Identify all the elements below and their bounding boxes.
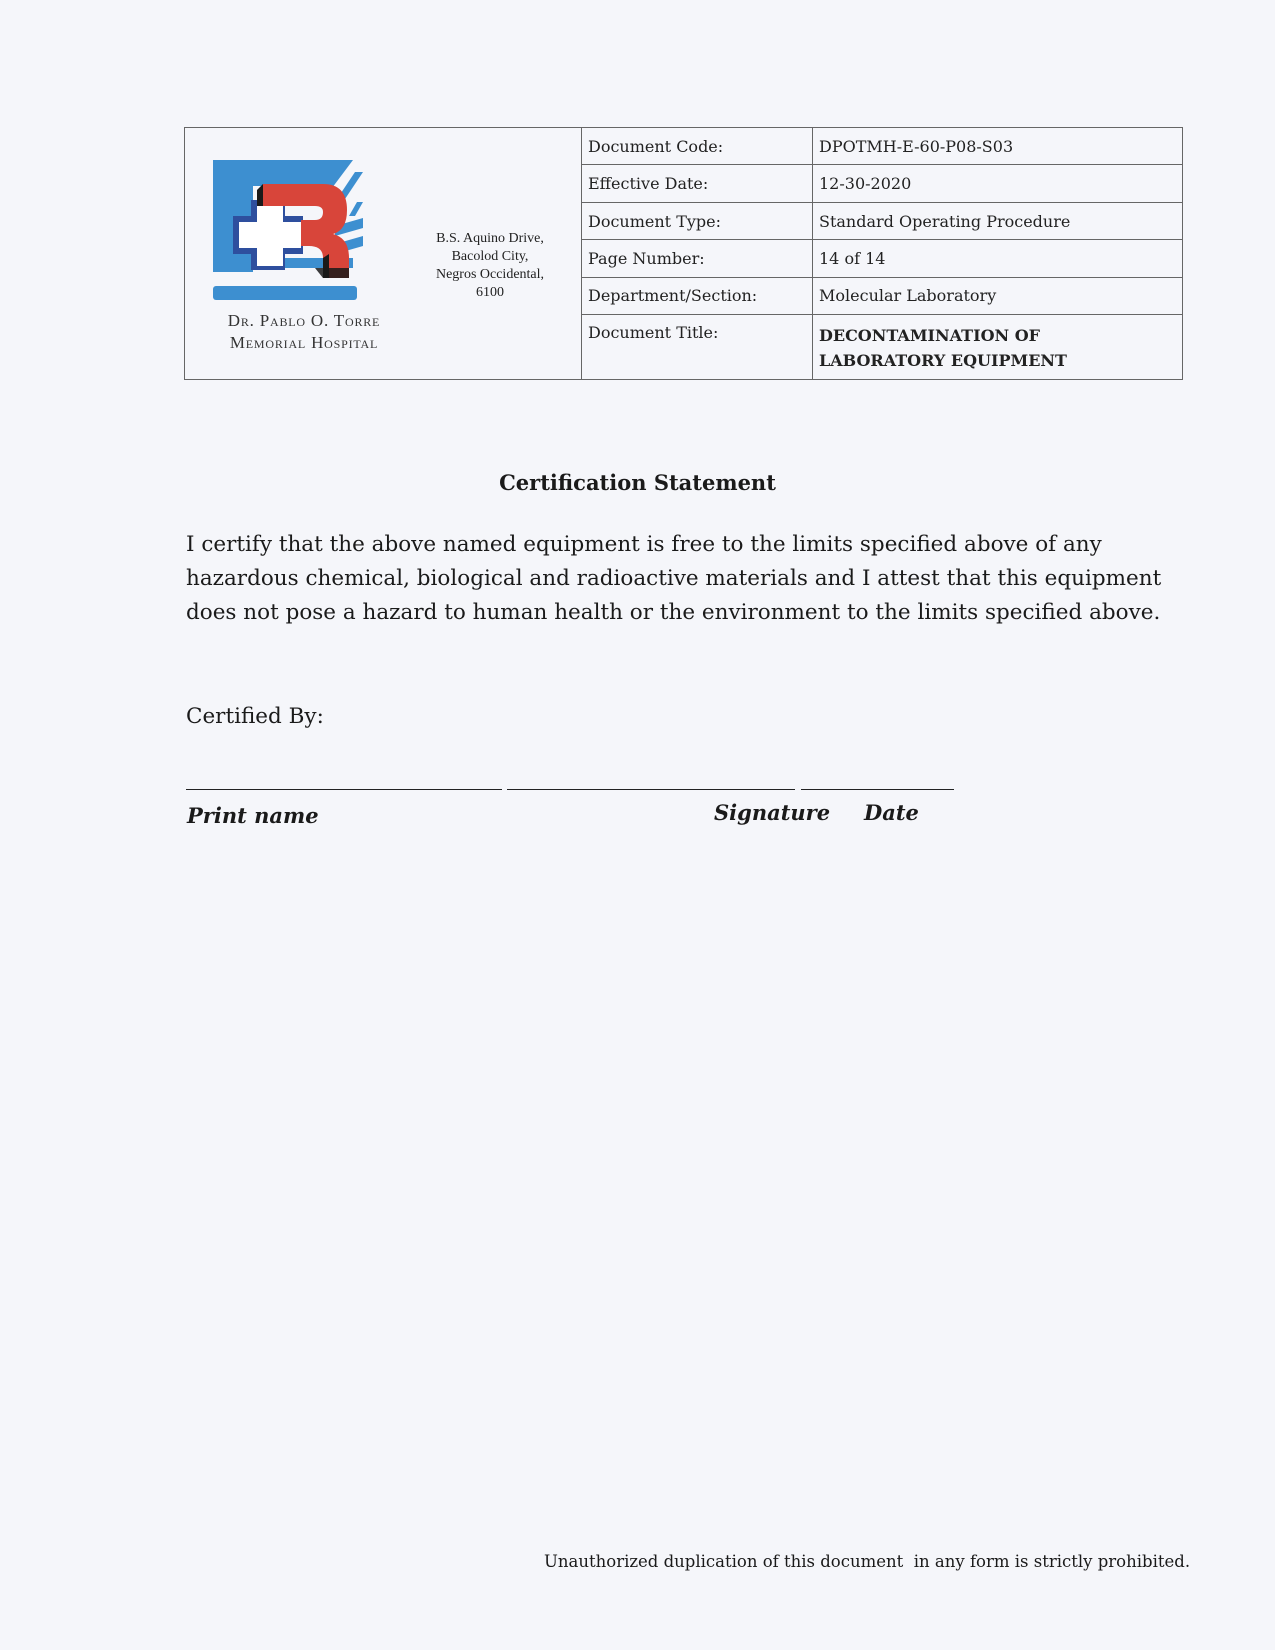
hospital-name: Dr. Pablo O. Torre Memorial Hospital — [199, 310, 409, 354]
page-number-label: Page Number: — [582, 240, 813, 277]
address-line: B.S. Aquino Drive, — [415, 230, 565, 248]
effective-date-value: 12-30-2020 — [813, 165, 1183, 202]
document-code-value: DPOTMH-E-60-P08-S03 — [813, 128, 1183, 165]
date-label: Date — [864, 800, 919, 825]
hospital-logo: Dr. Pablo O. Torre Memorial Hospital — [199, 158, 409, 354]
print-name-line[interactable] — [186, 789, 502, 790]
signature-label: Signature — [714, 800, 830, 825]
document-title-label: Document Title: — [582, 315, 813, 380]
address-line: Bacolod City, — [415, 248, 565, 266]
document-title-line1: DECONTAMINATION OF — [819, 323, 1182, 348]
certification-title: Certification Statement — [0, 470, 1275, 495]
logo-cell: Dr. Pablo O. Torre Memorial Hospital B.S… — [185, 128, 582, 380]
date-line[interactable] — [801, 789, 954, 790]
effective-date-label: Effective Date: — [582, 165, 813, 202]
certification-statement: I certify that the above named equipment… — [186, 528, 1176, 630]
document-type-value: Standard Operating Procedure — [813, 202, 1183, 239]
hospital-name-line2: Memorial Hospital — [199, 332, 409, 354]
document-title-value: DECONTAMINATION OF LABORATORY EQUIPMENT — [813, 315, 1183, 380]
hospital-name-line1: Dr. Pablo O. Torre — [199, 310, 409, 332]
document-type-label: Document Type: — [582, 202, 813, 239]
hospital-logo-icon — [205, 158, 365, 308]
document-header-table: Dr. Pablo O. Torre Memorial Hospital B.S… — [184, 127, 1183, 380]
page-number-value: 14 of 14 — [813, 240, 1183, 277]
statement-line: hazardous chemical, biological and radio… — [186, 562, 1176, 596]
document-title-line2: LABORATORY EQUIPMENT — [819, 348, 1182, 373]
department-label: Department/Section: — [582, 277, 813, 314]
statement-line: does not pose a hazard to human health o… — [186, 596, 1176, 630]
footer-notice: Unauthorized duplication of this documen… — [544, 1552, 1190, 1571]
department-value: Molecular Laboratory — [813, 277, 1183, 314]
signature-line[interactable] — [507, 789, 795, 790]
document-code-label: Document Code: — [582, 128, 813, 165]
address-line: Negros Occidental, — [415, 266, 565, 284]
address-line: 6100 — [415, 284, 565, 302]
print-name-label: Print name — [187, 803, 319, 828]
statement-line: I certify that the above named equipment… — [186, 528, 1176, 562]
certified-by-label: Certified By: — [186, 704, 324, 729]
hospital-address: B.S. Aquino Drive, Bacolod City, Negros … — [415, 230, 565, 302]
